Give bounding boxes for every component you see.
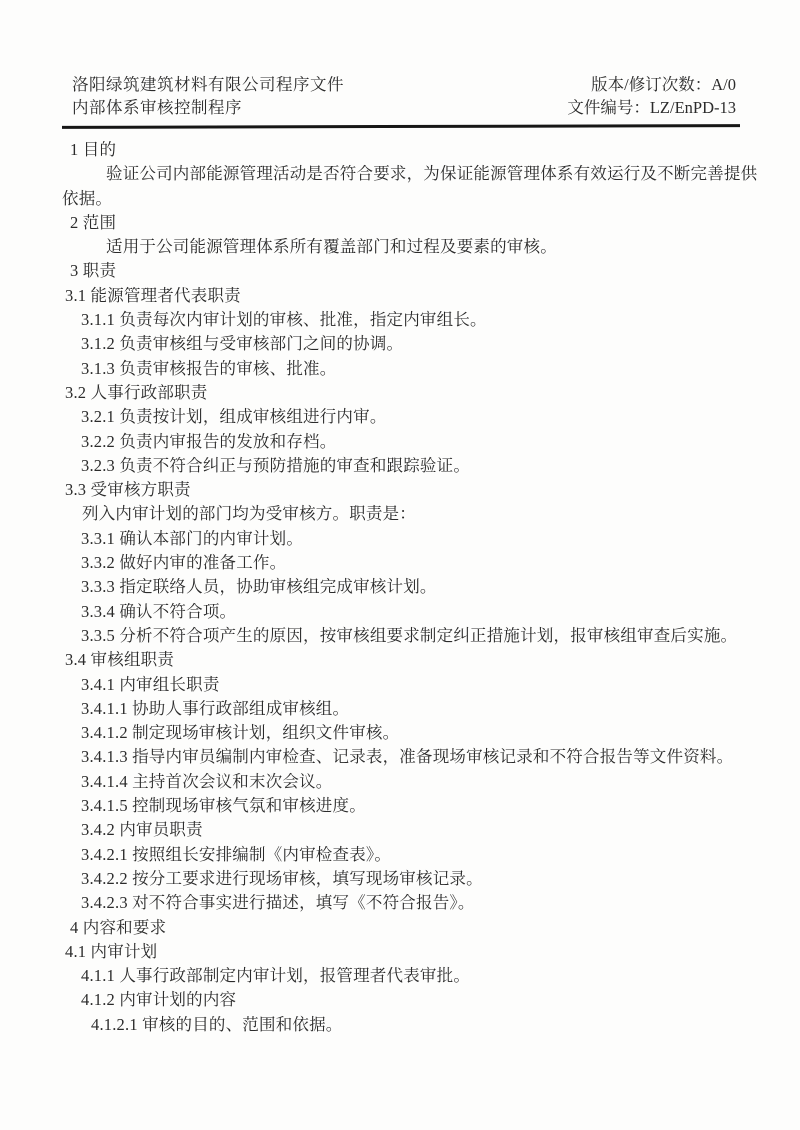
doc-line: 3.4.2.2 按分工要求进行现场审核，填写现场审核记录。 bbox=[62, 867, 752, 891]
doc-line: 3.2.3 负责不符合纠正与预防措施的审查和跟踪验证。 bbox=[62, 454, 752, 478]
document-body: 1 目的 验证公司内部能源管理活动是否符合要求，为保证能源管理体系有效运行及不断… bbox=[62, 138, 752, 1037]
doc-line-section-2: 2 范围 bbox=[62, 211, 752, 235]
doc-line: 适用于公司能源管理体系所有覆盖部门和过程及要素的审核。 bbox=[62, 235, 752, 259]
doc-line: 4.1.2 内审计划的内容 bbox=[62, 988, 752, 1012]
doc-line: 3.2.2 负责内审报告的发放和存档。 bbox=[62, 430, 752, 454]
doc-line: 4.1.2.1 审核的目的、范围和依据。 bbox=[62, 1013, 752, 1037]
doc-line: 3.4.1.4 主持首次会议和末次会议。 bbox=[62, 770, 752, 794]
doc-line: 3.4.2 内审员职责 bbox=[62, 818, 752, 842]
doc-line: 3.2.1 负责按计划，组成审核组进行内审。 bbox=[62, 405, 752, 429]
doc-line: 3.1.1 负责每次内审计划的审核、批准，指定内审组长。 bbox=[62, 308, 752, 332]
doc-line: 3.4.1.2 制定现场审核计划，组织文件审核。 bbox=[62, 721, 752, 745]
doc-line: 列入内审计划的部门均为受审核方。职责是： bbox=[62, 502, 752, 526]
doc-number-label: 文件编号： bbox=[567, 98, 650, 117]
header-divider-rule bbox=[62, 124, 740, 129]
doc-line: 验证公司内部能源管理活动是否符合要求，为保证能源管理体系有效运行及不断完善提供 bbox=[62, 162, 752, 186]
doc-number-value: LZ/EnPD-13 bbox=[650, 98, 736, 117]
doc-line: 3.3.1 确认本部门的内审计划。 bbox=[62, 527, 752, 551]
doc-line: 3.3.3 指定联络人员，协助审核组完成审核计划。 bbox=[62, 575, 752, 599]
company-doc-type: 洛阳绿筑建筑材料有限公司程序文件 bbox=[72, 73, 344, 96]
doc-line: 3.1.2 负责审核组与受审核部门之间的协调。 bbox=[62, 332, 752, 356]
doc-number-line: 文件编号：LZ/EnPD-13 bbox=[567, 96, 736, 119]
doc-line: 4.1 内审计划 bbox=[62, 940, 752, 964]
doc-line: 3.4 审核组职责 bbox=[62, 648, 752, 672]
doc-line-section-3: 3 职责 bbox=[62, 259, 752, 283]
doc-line: 3.4.1 内审组长职责 bbox=[62, 673, 752, 697]
header-right-block: 版本/修订次数：A/0 文件编号：LZ/EnPD-13 bbox=[567, 73, 740, 119]
doc-line: 3.1.3 负责审核报告的审核、批准。 bbox=[62, 357, 752, 381]
doc-line: 4.1.1 人事行政部制定内审计划，报管理者代表审批。 bbox=[62, 964, 752, 988]
doc-line: 3.2 人事行政部职责 bbox=[62, 381, 752, 405]
doc-line: 3.3.5 分析不符合项产生的原因，按审核组要求制定纠正措施计划，报审核组审查后… bbox=[62, 624, 752, 648]
doc-line: 3.3 受审核方职责 bbox=[62, 478, 752, 502]
header-left-block: 洛阳绿筑建筑材料有限公司程序文件 内部体系审核控制程序 bbox=[62, 73, 344, 119]
doc-line: 3.1 能源管理者代表职责 bbox=[62, 284, 752, 308]
doc-line: 3.4.2.3 对不符合事实进行描述，填写《不符合报告》。 bbox=[62, 891, 752, 915]
document-title: 内部体系审核控制程序 bbox=[72, 96, 344, 119]
doc-line: 3.3.2 做好内审的准备工作。 bbox=[62, 551, 752, 575]
doc-line-section-4: 4 内容和要求 bbox=[62, 916, 752, 940]
version-label: 版本/修订次数： bbox=[591, 75, 711, 94]
version-value: A/0 bbox=[711, 75, 736, 94]
doc-line: 3.4.1.1 协助人事行政部组成审核组。 bbox=[62, 697, 752, 721]
doc-line: 3.4.1.5 控制现场审核气氛和审核进度。 bbox=[62, 794, 752, 818]
doc-line: 3.4.2.1 按照组长安排编制《内审检查表》。 bbox=[62, 843, 752, 867]
document-header: 洛阳绿筑建筑材料有限公司程序文件 内部体系审核控制程序 版本/修订次数：A/0 … bbox=[62, 73, 740, 119]
doc-line: 依据。 bbox=[62, 187, 752, 211]
doc-line: 3.4.1.3 指导内审员编制内审检查、记录表，准备现场审核记录和不符合报告等文… bbox=[62, 745, 752, 769]
doc-line: 3.3.4 确认不符合项。 bbox=[62, 600, 752, 624]
version-line: 版本/修订次数：A/0 bbox=[567, 73, 736, 96]
doc-line-section-1: 1 目的 bbox=[62, 138, 752, 162]
document-page: 洛阳绿筑建筑材料有限公司程序文件 内部体系审核控制程序 版本/修订次数：A/0 … bbox=[0, 0, 800, 1130]
